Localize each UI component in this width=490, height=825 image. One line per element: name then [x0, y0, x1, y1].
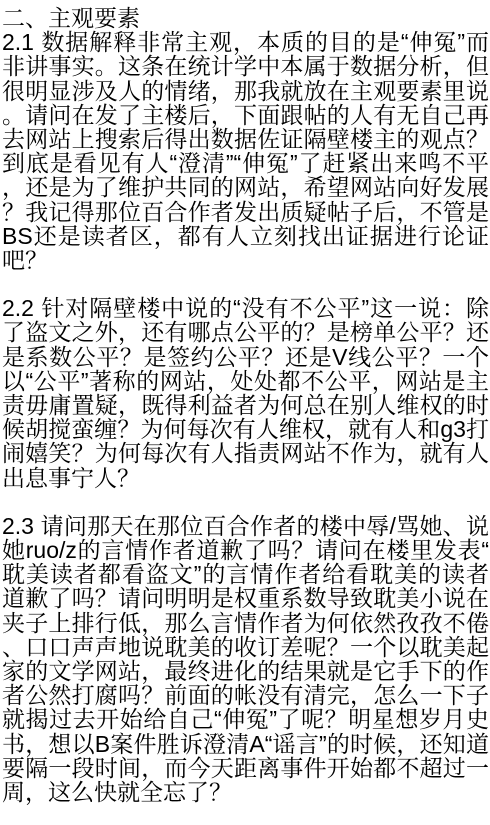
- paragraph-2-2: 2.2 针对隔壁楼中说的“没有不公平”这一说：除了盗文之外，还有哪点公平的？是榜…: [2, 296, 489, 490]
- paragraph-2-1: 2.1 数据解释非常主观，本质的目的是“伸冤”而非讲事实。这条在统计学中本属于数…: [2, 30, 489, 272]
- paragraph-2-3: 2.3 请问那天在那位百合作者的楼中辱/骂她、说她ruo/z的言情作者道歉了吗？…: [2, 514, 489, 804]
- text-document: 二、主观要素 2.1 数据解释非常主观，本质的目的是“伸冤”而非讲事实。这条在统…: [0, 0, 490, 804]
- section-heading: 二、主观要素: [2, 6, 489, 30]
